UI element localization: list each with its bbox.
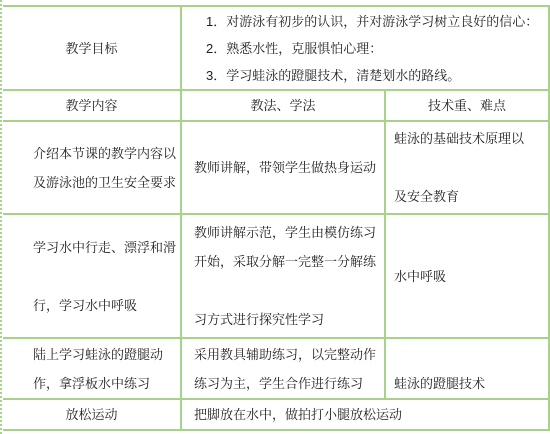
header-content: 教学内容 <box>3 91 180 120</box>
activity3-keypoint-line: 蛙泳的蹬腿技术 <box>394 369 548 398</box>
relaxation-description: 把脚放在水中，做拍打小腿放松运动 <box>194 400 548 429</box>
objectives-list-cell: 1．对游泳有初步的认识，并对游泳学习树立良好的信心： 2．熟悉水性，克服惧怕心理… <box>181 6 549 90</box>
activity-row-2: 学习水中行走、漂浮和滑 行，学习水中呼吸 教师讲解示范，学生由模仿练习 开始，采… <box>3 214 549 338</box>
spacer <box>394 153 548 182</box>
relaxation-label: 放松运动 <box>3 400 180 429</box>
activity3-keypoints-cell: 蛙泳的蹬腿技术 <box>385 338 549 399</box>
activity1-methods-line: 教师讲解，带领学生做热身运动 <box>194 153 384 182</box>
activity1-content-line: 介绍本节课的教学内容以 <box>33 139 180 168</box>
activity1-keypoint-line: 及安全教育 <box>394 182 548 211</box>
activity2-content-line: 行，学习水中呼吸 <box>33 291 180 320</box>
objectives-label: 教学目标 <box>3 34 180 63</box>
activity2-content-cell: 学习水中行走、漂浮和滑 行，学习水中呼吸 <box>3 214 181 338</box>
header-methods: 教法、学法 <box>182 91 384 120</box>
spacer <box>194 276 384 305</box>
activity2-keypoint-line: 水中呼吸 <box>394 262 548 291</box>
page-frame: 教学目标 1．对游泳有初步的认识，并对游泳学习树立良好的信心： 2．熟悉水性，克… <box>0 0 550 434</box>
activity3-methods-cell: 采用教具辅助练习，以完整动作 练习为主，学生合作进行练习 <box>181 338 385 399</box>
objective-item-3: 3．学习蛙泳的蹬腿技术，清楚划水的路线。 <box>206 62 548 89</box>
activity1-keypoint-line: 蛙泳的基础技术原理以 <box>394 124 548 153</box>
activity2-content-line: 学习水中行走、漂浮和滑 <box>33 233 180 262</box>
activity2-methods-line: 教师讲解示范，学生由模仿练习 <box>194 218 384 247</box>
activity1-content-cell: 介绍本节课的教学内容以 及游泳池的卫生安全要求 <box>3 121 181 214</box>
activity2-methods-line: 开始，采取分解一完整一分解练 <box>194 247 384 276</box>
activity3-methods-line: 采用教具辅助练习，以完整动作 <box>194 340 384 369</box>
header-keypoints-cell: 技术重、难点 <box>385 90 549 121</box>
header-methods-cell: 教法、学法 <box>181 90 385 121</box>
objectives-label-cell: 教学目标 <box>3 6 181 90</box>
header-content-cell: 教学内容 <box>3 90 181 121</box>
relaxation-row: 放松运动 把脚放在水中，做拍打小腿放松运动 <box>3 399 549 430</box>
objective-item-2: 2．熟悉水性，克服惧怕心理： <box>206 35 548 62</box>
spacer <box>33 262 180 291</box>
activity-row-1: 介绍本节课的教学内容以 及游泳池的卫生安全要求 教师讲解，带领学生做热身运动 蛙… <box>3 121 549 214</box>
activity1-content-line: 及游泳池的卫生安全要求 <box>33 168 180 197</box>
header-row: 教学内容 教法、学法 技术重、难点 <box>3 90 549 121</box>
objectives-row: 教学目标 1．对游泳有初步的认识，并对游泳学习树立良好的信心： 2．熟悉水性，克… <box>3 6 549 90</box>
activity2-keypoints-cell: 水中呼吸 <box>385 214 549 338</box>
relaxation-label-cell: 放松运动 <box>3 399 181 430</box>
objective-item-1: 1．对游泳有初步的认识，并对游泳学习树立良好的信心： <box>206 8 548 35</box>
activity3-content-line: 陆上学习蛙泳的蹬腿动 <box>33 340 180 369</box>
activity3-content-line: 作，拿浮板水中练习 <box>33 369 180 398</box>
relaxation-description-cell: 把脚放在水中，做拍打小腿放松运动 <box>181 399 549 430</box>
spacer <box>394 340 548 369</box>
activity1-keypoints-cell: 蛙泳的基础技术原理以 及安全教育 <box>385 121 549 214</box>
lesson-plan-table: 教学目标 1．对游泳有初步的认识，并对游泳学习树立良好的信心： 2．熟悉水性，克… <box>3 5 550 431</box>
activity-row-3: 陆上学习蛙泳的蹬腿动 作，拿浮板水中练习 采用教具辅助练习，以完整动作 练习为主… <box>3 338 549 399</box>
activity2-methods-cell: 教师讲解示范，学生由模仿练习 开始，采取分解一完整一分解练 习方式进行探究性学习 <box>181 214 385 338</box>
activity3-content-cell: 陆上学习蛙泳的蹬腿动 作，拿浮板水中练习 <box>3 338 181 399</box>
activity1-methods-cell: 教师讲解，带领学生做热身运动 <box>181 121 385 214</box>
activity2-methods-line: 习方式进行探究性学习 <box>194 305 384 334</box>
activity3-methods-line: 练习为主，学生合作进行练习 <box>194 369 384 398</box>
header-keypoints: 技术重、难点 <box>386 91 548 120</box>
